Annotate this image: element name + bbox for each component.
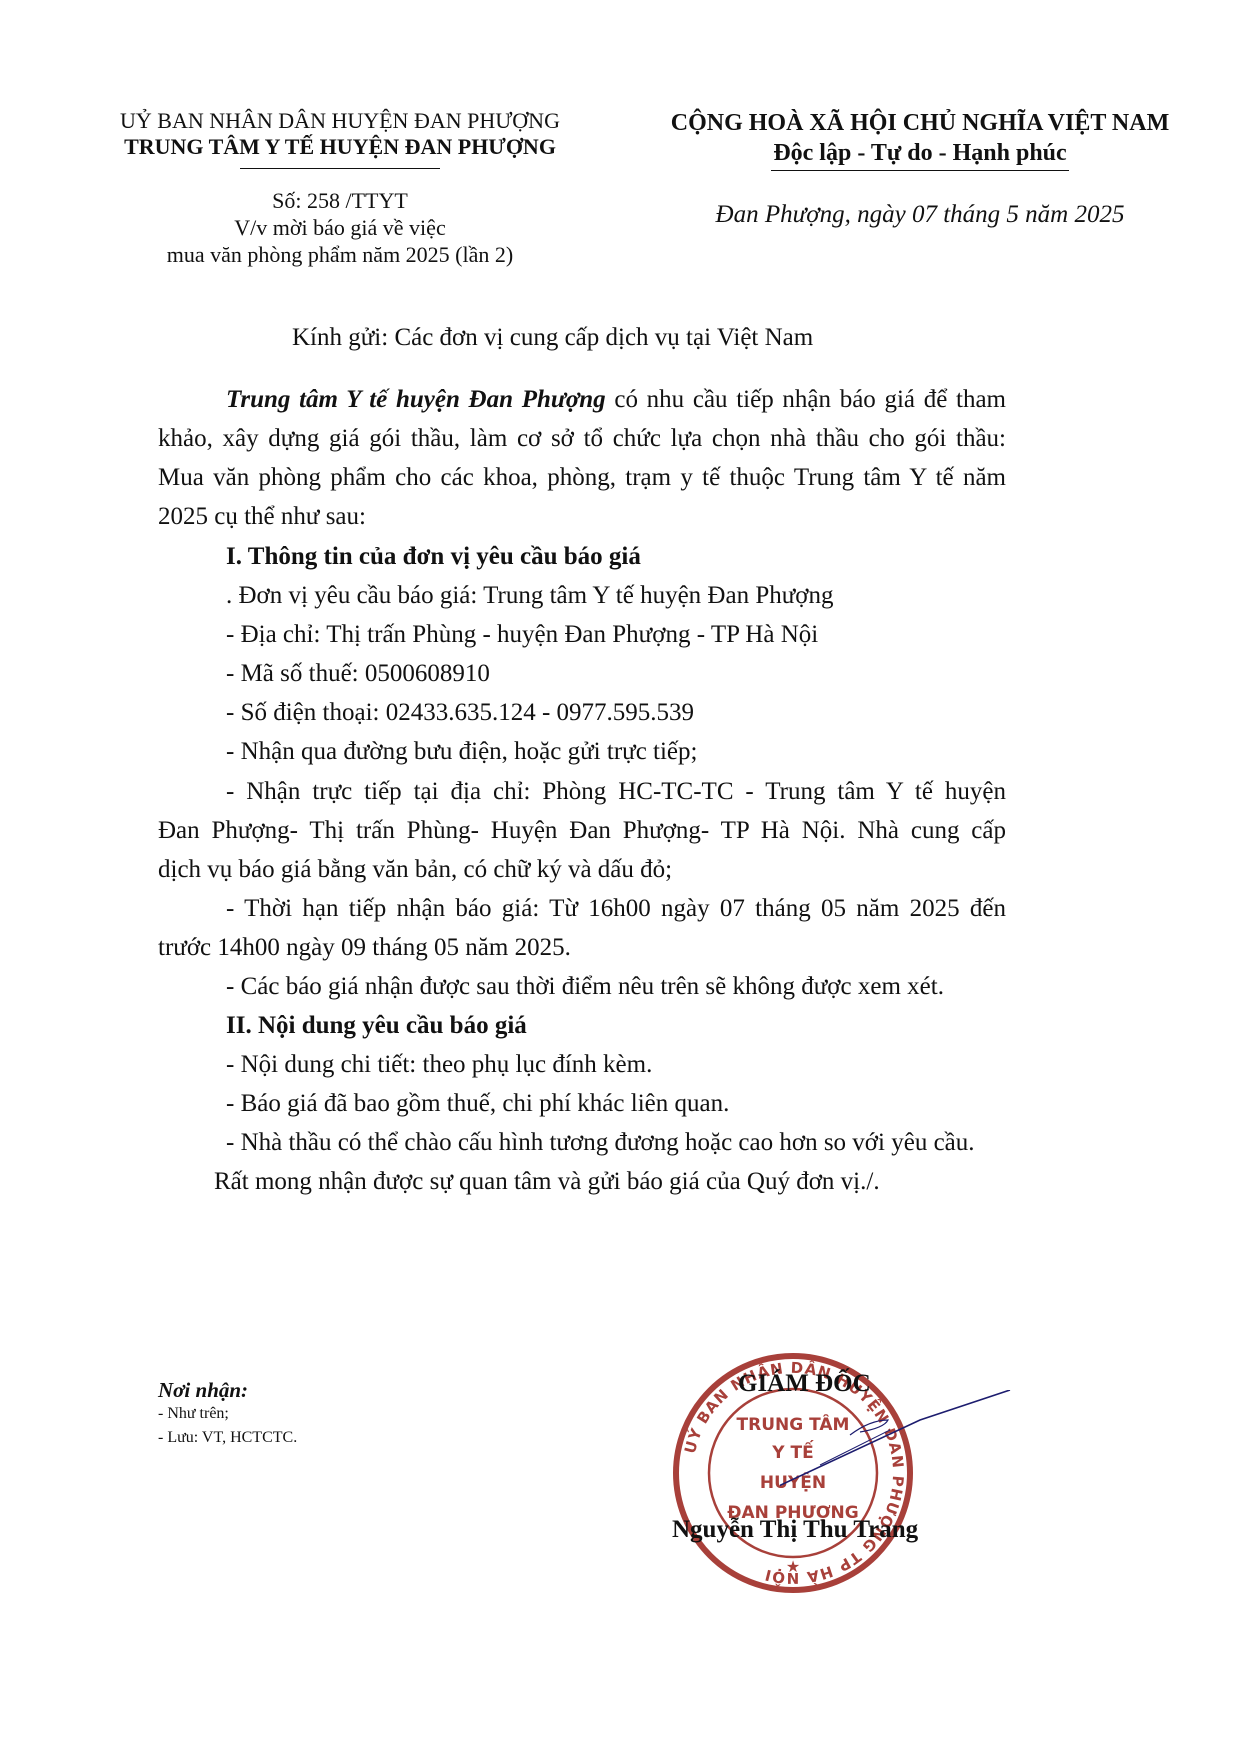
intro-org-name: Trung tâm Y tế huyện Đan Phượng xyxy=(226,386,606,413)
deadline-line-1: - Thời hạn tiếp nhận báo giá: Từ 16h00 n… xyxy=(226,889,1006,928)
late-note-line: - Các báo giá nhận được sau thời điểm nê… xyxy=(226,967,944,1006)
recipients-block: Nơi nhận: - Như trên; - Lưu: VT, HCTCTC. xyxy=(158,1378,297,1450)
subject-line-2: mua văn phòng phẩm năm 2025 (lần 2) xyxy=(80,241,600,268)
section-2-heading: II. Nội dung yêu cầu báo giá xyxy=(226,1006,527,1045)
header-right: CỘNG HOÀ XÃ HỘI CHỦ NGHĨA VIỆT NAM Độc l… xyxy=(630,108,1210,229)
national-motto: Độc lập - Tự do - Hạnh phúc xyxy=(771,138,1068,171)
national-title: CỘNG HOÀ XÃ HỘI CHỦ NGHĨA VIỆT NAM xyxy=(630,108,1210,138)
tax-code-line: - Mã số thuế: 0500608910 xyxy=(226,654,490,693)
organization-name: TRUNG TÂM Y TẾ HUYỆN ĐAN PHƯỢNG xyxy=(80,134,600,160)
recipient-item: - Như trên; xyxy=(158,1402,297,1426)
place-date: Đan Phượng, ngày 07 tháng 5 năm 2025 xyxy=(630,201,1210,229)
direct-delivery-line-2: Đan Phượng- Thị trấn Phùng- Huyện Đan Ph… xyxy=(158,811,1006,850)
recipients-title: Nơi nhận: xyxy=(158,1378,297,1402)
authority-name: UỶ BAN NHÂN DÂN HUYỆN ĐAN PHƯỢNG xyxy=(80,108,600,134)
closing-line: Rất mong nhận được sự quan tâm và gửi bá… xyxy=(214,1162,880,1201)
deadline-line-2: trước 14h00 ngày 09 tháng 05 năm 2025. xyxy=(158,928,571,967)
intro-line-2: khảo, xây dựng giá gói thầu, làm cơ sở t… xyxy=(158,419,1006,458)
document-number: Số: 258 /TTYT xyxy=(80,187,600,214)
intro-line-1-rest: có nhu cầu tiếp nhận báo giá để tham xyxy=(606,386,1006,413)
direct-delivery-line-3: dịch vụ báo giá bằng văn bản, có chữ ký … xyxy=(158,850,672,889)
header-left: UỶ BAN NHÂN DÂN HUYỆN ĐAN PHƯỢNG TRUNG T… xyxy=(80,108,600,268)
signature-icon xyxy=(780,1390,1020,1500)
requester-line: . Đơn vị yêu cầu báo giá: Trung tâm Y tế… xyxy=(226,576,834,615)
section-2-item: - Báo giá đã bao gồm thuế, chi phí khác … xyxy=(226,1084,729,1123)
intro-line-3: Mua văn phòng phẩm cho các khoa, phòng, … xyxy=(158,458,1006,497)
phone-line: - Số điện thoại: 02433.635.124 - 0977.59… xyxy=(226,693,694,732)
intro-line-1: Trung tâm Y tế huyện Đan Phượng có nhu c… xyxy=(226,380,1006,419)
receive-method-line: - Nhận qua đường bưu điện, hoặc gửi trực… xyxy=(226,732,697,771)
header-divider xyxy=(240,168,440,169)
direct-delivery-line-1: - Nhận trực tiếp tại địa chỉ: Phòng HC-T… xyxy=(226,772,1006,811)
subject-line-1: V/v mời báo giá về việc xyxy=(80,214,600,241)
address-line: - Địa chỉ: Thị trấn Phùng - huyện Đan Ph… xyxy=(226,615,818,654)
signer-name: Nguyễn Thị Thu Trang xyxy=(672,1516,918,1544)
recipient-line: Kính gửi: Các đơn vị cung cấp dịch vụ tạ… xyxy=(292,318,813,357)
intro-line-4: 2025 cụ thể như sau: xyxy=(158,497,366,536)
section-2-item: - Nội dung chi tiết: theo phụ lục đính k… xyxy=(226,1045,652,1084)
section-1-heading: I. Thông tin của đơn vị yêu cầu báo giá xyxy=(226,537,641,576)
svg-text:★: ★ xyxy=(786,1557,800,1576)
recipient-item: - Lưu: VT, HCTCTC. xyxy=(158,1426,297,1450)
section-2-item: - Nhà thầu có thể chào cấu hình tương đư… xyxy=(226,1123,975,1162)
